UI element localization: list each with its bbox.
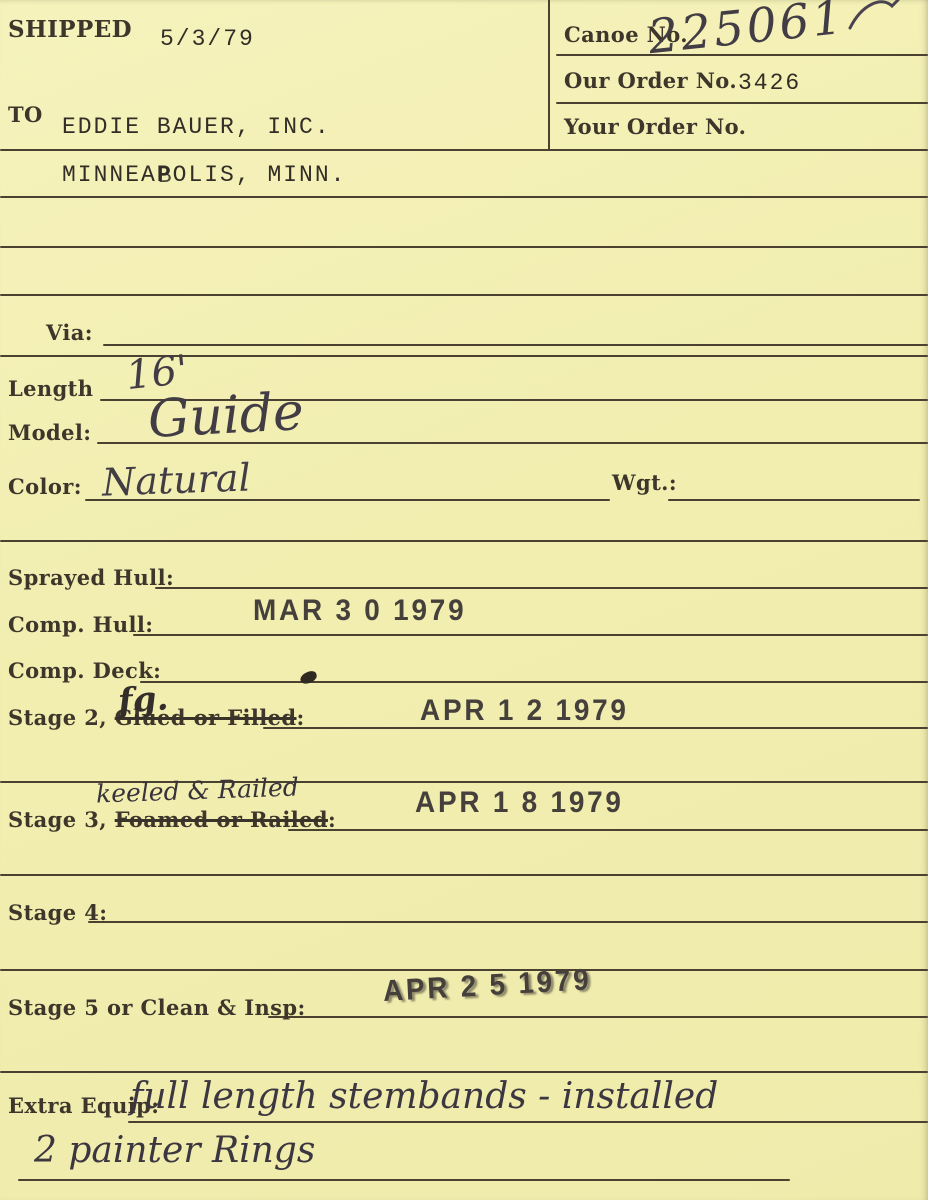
model-value: Guide xyxy=(147,382,306,450)
shipped-date-value: 5/3/79 xyxy=(160,26,255,52)
rule-line xyxy=(0,294,928,296)
shipped-label: SHIPPED xyxy=(8,16,132,43)
our-order-label: Our Order No. xyxy=(564,68,737,93)
comp-hull-date-stamp: MAR 3 0 1979 xyxy=(253,594,466,628)
recipient-name-value: EDDIE BAUER, INC. xyxy=(62,114,331,140)
rule-line xyxy=(0,246,928,248)
city-overstruck-over: P xyxy=(157,162,173,188)
stage3-prefix: Stage 3, xyxy=(8,807,107,832)
via-underline xyxy=(103,344,928,346)
rule-line xyxy=(0,874,928,876)
stage3-underline xyxy=(288,829,928,831)
rule-line xyxy=(0,1071,928,1073)
your-order-label: Your Order No. xyxy=(564,114,746,139)
stage3-struck-text: Foamed or Railed xyxy=(115,807,328,832)
sprayed-hull-underline xyxy=(155,587,928,589)
stage5-label: Stage 5 or Clean & Insp: xyxy=(8,995,306,1020)
color-label: Color: xyxy=(8,474,82,499)
rule-line xyxy=(0,196,928,198)
stage3-date-stamp: APR 1 8 1979 xyxy=(415,786,624,820)
to-label: TO xyxy=(8,102,43,127)
city-suffix: OLIS, MINN. xyxy=(173,162,347,188)
stage3-label: Stage 3, Foamed or Railed: xyxy=(8,807,336,832)
extra-equip-line1: full length stembands - installed xyxy=(130,1076,718,1117)
comp-hull-label: Comp. Hull: xyxy=(8,612,153,637)
model-label: Model: xyxy=(8,420,91,445)
ink-blot xyxy=(299,670,319,686)
wgt-label: Wgt.: xyxy=(612,470,677,495)
city-prefix: MINNEA xyxy=(62,162,157,188)
stage5-underline xyxy=(268,1016,928,1018)
stage3-colon: : xyxy=(328,807,336,832)
stage2-colon: : xyxy=(296,705,304,730)
extra-equip-underline-2 xyxy=(18,1179,790,1181)
shipping-record-card: SHIPPED 5/3/79 TO EDDIE BAUER, INC. MINN… xyxy=(0,0,928,1200)
wgt-underline xyxy=(668,499,920,501)
length-label: Length xyxy=(8,376,93,401)
city-overstrike: BP xyxy=(157,162,173,188)
stage4-underline xyxy=(88,921,928,923)
comp-deck-underline xyxy=(140,681,928,683)
sprayed-hull-label: Sprayed Hull: xyxy=(8,565,174,590)
our-order-underline xyxy=(556,102,928,104)
comp-hull-underline xyxy=(133,634,928,636)
stage2-date-stamp: APR 1 2 1979 xyxy=(420,694,629,728)
stage3-handwritten-note: keeled & Railed xyxy=(96,772,300,808)
extra-equip-underline-1 xyxy=(128,1121,928,1123)
rule-line xyxy=(0,540,928,542)
via-label: Via: xyxy=(46,320,93,345)
recipient-city-value: MINNEABPOLIS, MINN. xyxy=(62,162,346,188)
our-order-value: 3426 xyxy=(738,70,801,96)
order-box-divider xyxy=(548,0,550,150)
extra-equip-line2: 2 painter Rings xyxy=(34,1130,315,1171)
rule-line xyxy=(0,149,928,151)
pen-flourish xyxy=(848,0,902,30)
stage2-prefix: Stage 2, xyxy=(8,705,107,730)
color-value: Natural xyxy=(101,455,251,504)
stage4-label: Stage 4: xyxy=(8,900,107,925)
stage2-handwritten-note: fg. xyxy=(117,678,170,721)
